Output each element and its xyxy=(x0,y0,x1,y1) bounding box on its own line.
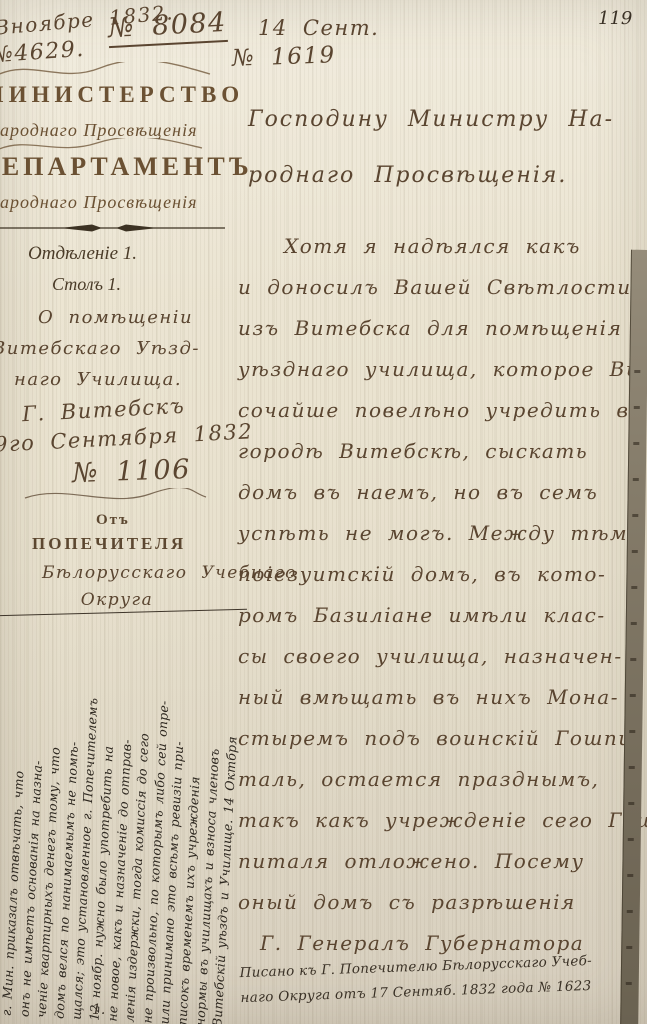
folio-number: 119 xyxy=(598,8,632,29)
section-label: Отдѣленіе 1. xyxy=(28,243,137,265)
registry-document-number: № 1619 xyxy=(232,42,336,72)
flourish-ornament xyxy=(20,488,210,504)
text-line: сочайше повелѣно учредить въ xyxy=(238,390,638,431)
text-line: Витебскаго Уѣзд- xyxy=(0,333,200,364)
text-line: роднаго Просвѣщенія. xyxy=(248,148,614,204)
marginal-note-text: г. Мин. приказалъ отвѣчать, чтоонъ не им… xyxy=(0,616,247,1024)
text-line: наго Училища. xyxy=(0,364,200,395)
text-line: стыремъ подъ воинскій Гошпи- xyxy=(238,718,638,759)
letterhead-divider-ornament xyxy=(0,222,225,234)
text-line: питаля отложено. Посему xyxy=(238,841,638,882)
marginal-resolution-note: г. Мин. приказалъ отвѣчать, чтоонъ не им… xyxy=(0,616,254,1024)
text-line: Хотя я надѣялся какъ xyxy=(238,226,638,267)
text-line: ромъ Базиліане имѣли клас- xyxy=(238,595,638,636)
from-title: ПОПЕЧИТЕЛЯ xyxy=(32,534,186,554)
text-line: ный вмѣщать въ нихъ Мона- xyxy=(238,677,638,718)
text-line: поіезуитскій домъ, въ кото- xyxy=(238,554,638,595)
text-line: успѣть не могъ. Между тѣмъ xyxy=(238,513,638,554)
text-line: Господину Министру На- xyxy=(248,92,614,148)
registry-incoming-number: № 8084 xyxy=(107,7,227,44)
text-line: изъ Витебска для помѣщенія xyxy=(238,308,638,349)
adjacent-page-text-fragments xyxy=(625,370,640,1010)
letterhead-department: ДЕПАРТАМЕНТЪ xyxy=(0,152,253,182)
incoming-number-text: № 8084 xyxy=(107,7,228,48)
marginal-note-footnote-mark: 1. xyxy=(92,1002,105,1018)
from-label: Отъ xyxy=(96,512,130,529)
text-line: такъ какъ учрежденіе сего Гош- xyxy=(238,800,638,841)
subject-annotation: О помѣщеніиВитебскаго Уѣзд-наго Училища. xyxy=(0,302,200,395)
text-line: О помѣщеніи xyxy=(0,302,200,333)
from-office: Бѣлорусскаго УчебнагоОкруга xyxy=(0,560,216,614)
desk-label: Столъ 1. xyxy=(52,274,121,295)
letter-body: Хотя я надѣялся какъи доносилъ Вашей Свѣ… xyxy=(238,226,638,964)
letterhead-ministry: МИНИСТЕРСТВО xyxy=(0,82,244,108)
text-line: домъ въ наемъ, но въ семъ xyxy=(238,472,638,513)
text-line: таль, остается празднымъ, xyxy=(238,759,638,800)
text-line: сы своего училища, назначен- xyxy=(238,636,638,677)
marginal-note-rotated-block: г. Мин. приказалъ отвѣчать, чтоонъ не им… xyxy=(0,616,254,1024)
text-line: Бѣлорусскаго Учебнаго xyxy=(0,560,216,587)
document-scan-page: Вноябре 1832. №4629. № 8084 14 Сент. № 1… xyxy=(0,0,647,1024)
addressee-block: Господину Министру На-роднаго Просвѣщені… xyxy=(248,92,614,204)
outgoing-number: № 1106 xyxy=(71,454,191,489)
text-line: уѣзднаго училища, которое Вы- xyxy=(238,349,638,390)
place-line: Г. Витебскъ xyxy=(21,394,185,427)
text-line: городѣ Витебскѣ, сыскать xyxy=(238,431,638,472)
text-line: и доносилъ Вашей Свѣтлости xyxy=(238,267,638,308)
letterhead-department-sub: Народнаго Просвѣщенія xyxy=(0,192,197,213)
text-line: оный домъ съ разрѣшенія xyxy=(238,882,638,923)
registry-date-stamp: 14 Сент. xyxy=(258,16,379,40)
flourish-ornament xyxy=(0,62,215,80)
